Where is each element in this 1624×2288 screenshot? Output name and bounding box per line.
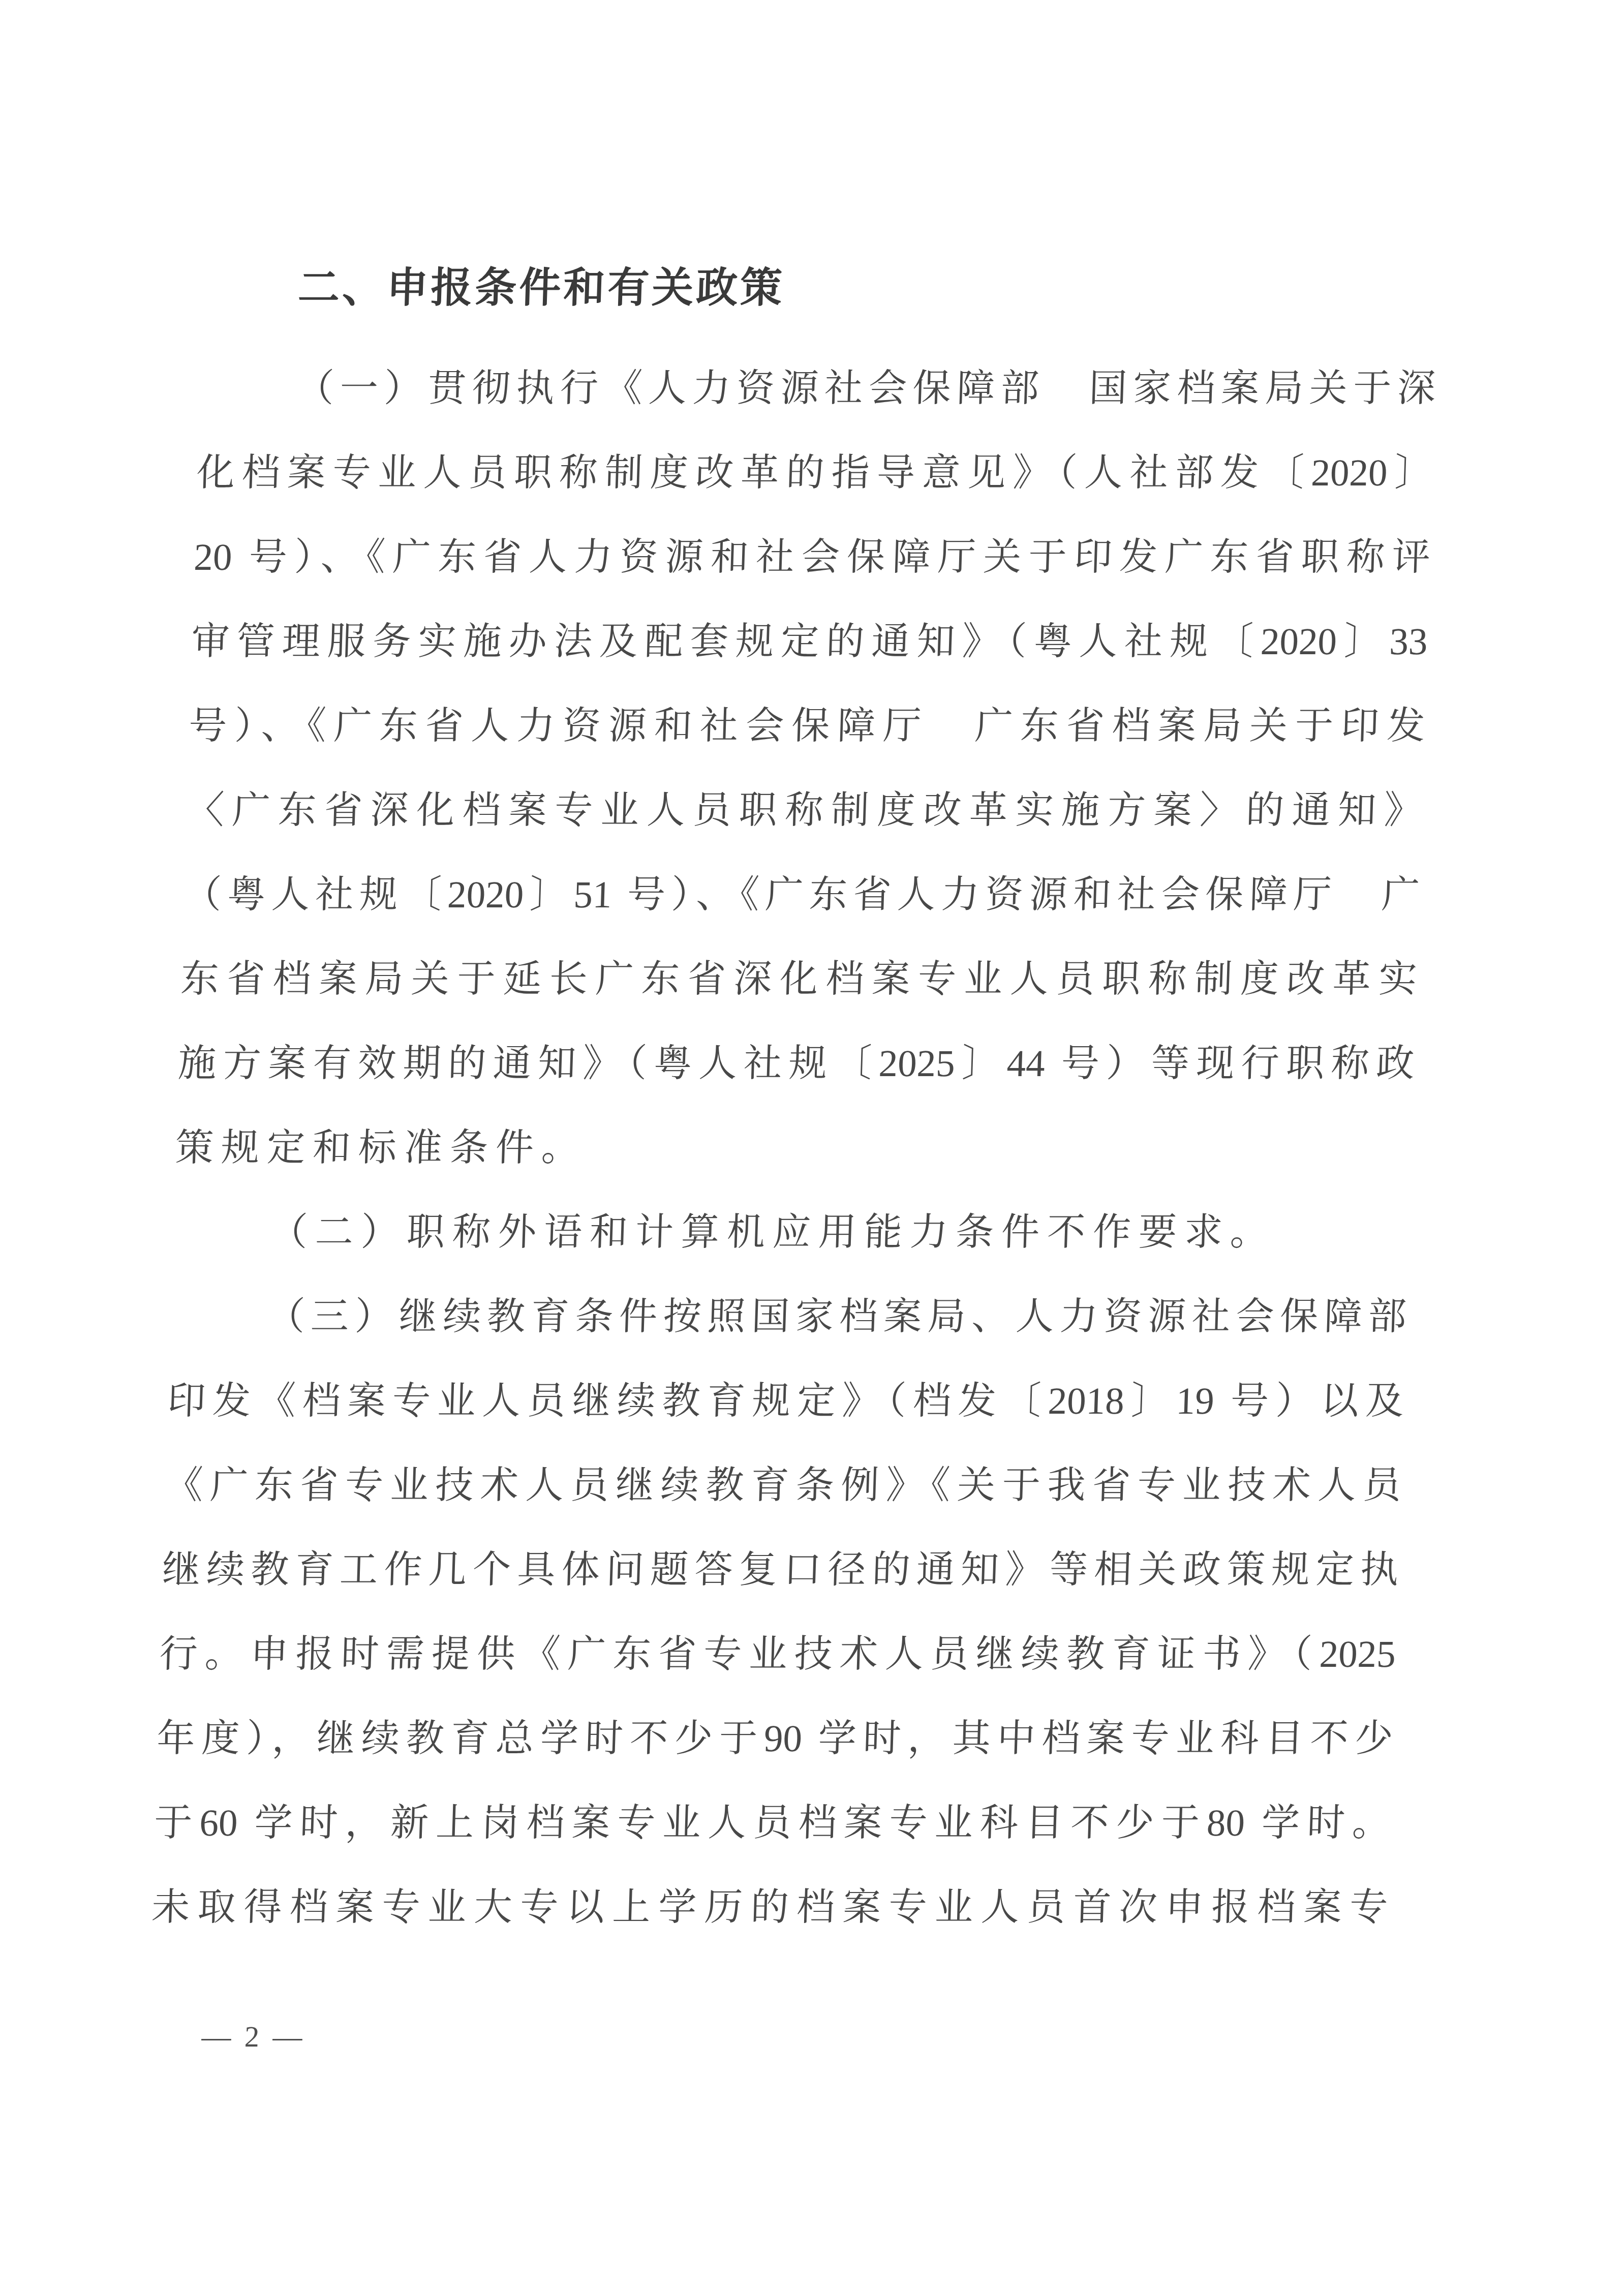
text-line: （粤人社规〔2020〕51 号）、《广东省人力资源和社会保障厅 广 [182, 853, 1421, 937]
text-line: 年度），继续教育总学时不少于90 学时，其中档案专业科目不少 [156, 1697, 1394, 1781]
document-lines: （一）贯彻执行《人力资源社会保障部 国家档案局关于深化档案专业人员职称制度改革的… [150, 347, 1437, 1950]
text-line: 东省档案局关于延长广东省深化档案专业人员职称制度改革实 [179, 937, 1418, 1022]
text-line: 施方案有效期的通知》（粤人社规〔2025〕44 号）等现行职称政 [177, 1022, 1416, 1106]
text-line: 《广东省专业技术人员继续教育条例》《关于我省专业技术人员 [164, 1444, 1402, 1528]
text-line: 策规定和标准条件。 [174, 1106, 1413, 1191]
page-number: — 2 — [201, 2014, 306, 2060]
text-line: 化档案专业人员职称制度改革的指导意见》（人社部发〔2020〕 [195, 431, 1434, 515]
text-line: 号）、《广东省人力资源和社会保障厅 广东省档案局关于印发 [188, 684, 1426, 769]
text-line: 审管理服务实施办法及配套规定的通知》（粤人社规〔2020〕33 [190, 600, 1429, 684]
text-line: 于60 学时，新上岗档案专业人员档案专业科目不少于80 学时。 [153, 1781, 1392, 1866]
section-heading: 二、申报条件和有关政策 [202, 260, 1439, 316]
text-line: （三）继续教育条件按照国家档案局、人力资源社会保障部 [169, 1275, 1407, 1359]
text-line: 行。申报时需提供《广东省专业技术人员继续教育证书》（2025 [158, 1612, 1397, 1697]
text-line: 〈广东省深化档案专业人员职称制度改革实施方案〉的通知》 [185, 769, 1423, 853]
text-line: 20 号）、《广东省人力资源和社会保障厅关于印发广东省职称评 [193, 515, 1431, 600]
text-line: 未取得档案专业大专以上学历的档案专业人员首次申报档案专 [150, 1866, 1389, 1950]
text-line: （二）职称外语和计算机应用能力条件不作要求。 [171, 1191, 1410, 1275]
document-content: 二、申报条件和有关政策 （一）贯彻执行《人力资源社会保障部 国家档案局关于深化档… [150, 260, 1439, 1950]
text-line: 印发《档案专业人员继续教育规定》（档发〔2018〕19 号）以及 [166, 1359, 1405, 1444]
text-line: （一）贯彻执行《人力资源社会保障部 国家档案局关于深 [198, 347, 1436, 431]
document-page: 二、申报条件和有关政策 （一）贯彻执行《人力资源社会保障部 国家档案局关于深化档… [0, 0, 1624, 2288]
text-line: 继续教育工作几个具体问题答复口径的通知》等相关政策规定执 [161, 1528, 1399, 1612]
